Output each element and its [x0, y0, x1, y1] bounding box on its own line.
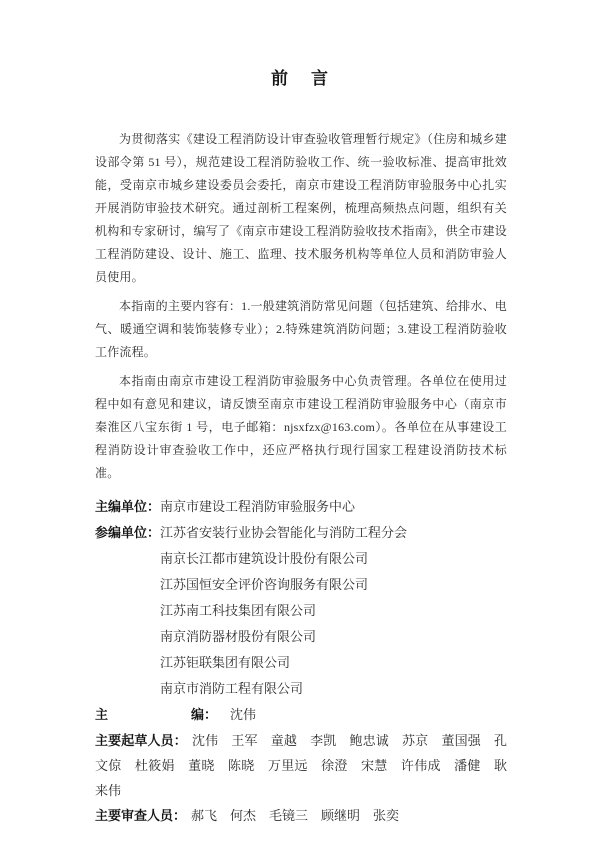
- chief-unit-value: 南京市建设工程消防审验服务中心: [160, 494, 355, 520]
- co-unit-row: 南京市消防工程有限公司: [95, 676, 507, 702]
- co-unit-value: 南京市消防工程有限公司: [160, 676, 303, 702]
- page-title: 前 言: [95, 66, 507, 92]
- co-unit-row: 江苏南工科技集团有限公司: [95, 598, 507, 624]
- co-unit-value: 南京长江都市建筑设计股份有限公司: [160, 546, 368, 572]
- reviewers-names: 郝飞 何杰 毛镜三 顾继明 张奕: [191, 808, 399, 823]
- co-unit-value: 江苏省安装行业协会智能化与消防工程分会: [160, 520, 407, 546]
- co-unit-value: 江苏国恒安全评价咨询服务有限公司: [160, 572, 368, 598]
- chief-editor-label: 主 编：: [95, 702, 217, 728]
- drafters-row: 主要起草人员：沈伟 王军 童越 李凯 鲍忠诚 苏京 董国强 孔文倞 杜筱娟 董晓…: [95, 728, 507, 803]
- reviewers-row: 主要审查人员：郝飞 何杰 毛镜三 顾继明 张奕: [95, 803, 507, 828]
- reviewers-label: 主要审查人员：: [95, 808, 186, 823]
- co-unit-value: 江苏南工科技集团有限公司: [160, 598, 316, 624]
- co-units-label: 参编单位：: [95, 520, 160, 546]
- paragraph-contents: 本指南的主要内容有：1.一般建筑消防常见问题（包括建筑、给排水、电气、暖通空调和…: [95, 295, 507, 364]
- co-unit-row: 江苏钜联集团有限公司: [95, 650, 507, 676]
- chief-editor-label-right: 编：: [191, 702, 217, 728]
- chief-editor-name: 沈伟: [230, 702, 256, 728]
- chief-unit-row: 主编单位： 南京市建设工程消防审验服务中心: [95, 494, 507, 520]
- co-unit-value: 江苏钜联集团有限公司: [160, 650, 290, 676]
- co-unit-row: 江苏国恒安全评价咨询服务有限公司: [95, 572, 507, 598]
- chief-editor-row: 主 编： 沈伟: [95, 702, 507, 728]
- paragraph-management: 本指南由南京市建设工程消防审验服务中心负责管理。各单位在使用过程中如有意见和建议…: [95, 370, 507, 485]
- preface-body: 为贯彻落实《建设工程消防设计审查验收管理暂行规定》（住房和城乡建设部令第 51 …: [95, 128, 507, 485]
- co-unit-value: 南京消防器材股份有限公司: [160, 624, 316, 650]
- co-units-row: 参编单位： 江苏省安装行业协会智能化与消防工程分会: [95, 520, 507, 546]
- chief-editor-label-left: 主: [95, 702, 108, 728]
- document-page: 前 言 为贯彻落实《建设工程消防设计审查验收管理暂行规定》（住房和城乡建设部令第…: [0, 0, 600, 843]
- chief-unit-label: 主编单位：: [95, 494, 160, 520]
- credits-section: 主编单位： 南京市建设工程消防审验服务中心 参编单位： 江苏省安装行业协会智能化…: [95, 494, 507, 828]
- co-unit-row: 南京长江都市建筑设计股份有限公司: [95, 546, 507, 572]
- paragraph-purpose: 为贯彻落实《建设工程消防设计审查验收管理暂行规定》（住房和城乡建设部令第 51 …: [95, 128, 507, 289]
- drafters-label: 主要起草人员：: [95, 733, 187, 748]
- co-unit-row: 南京消防器材股份有限公司: [95, 624, 507, 650]
